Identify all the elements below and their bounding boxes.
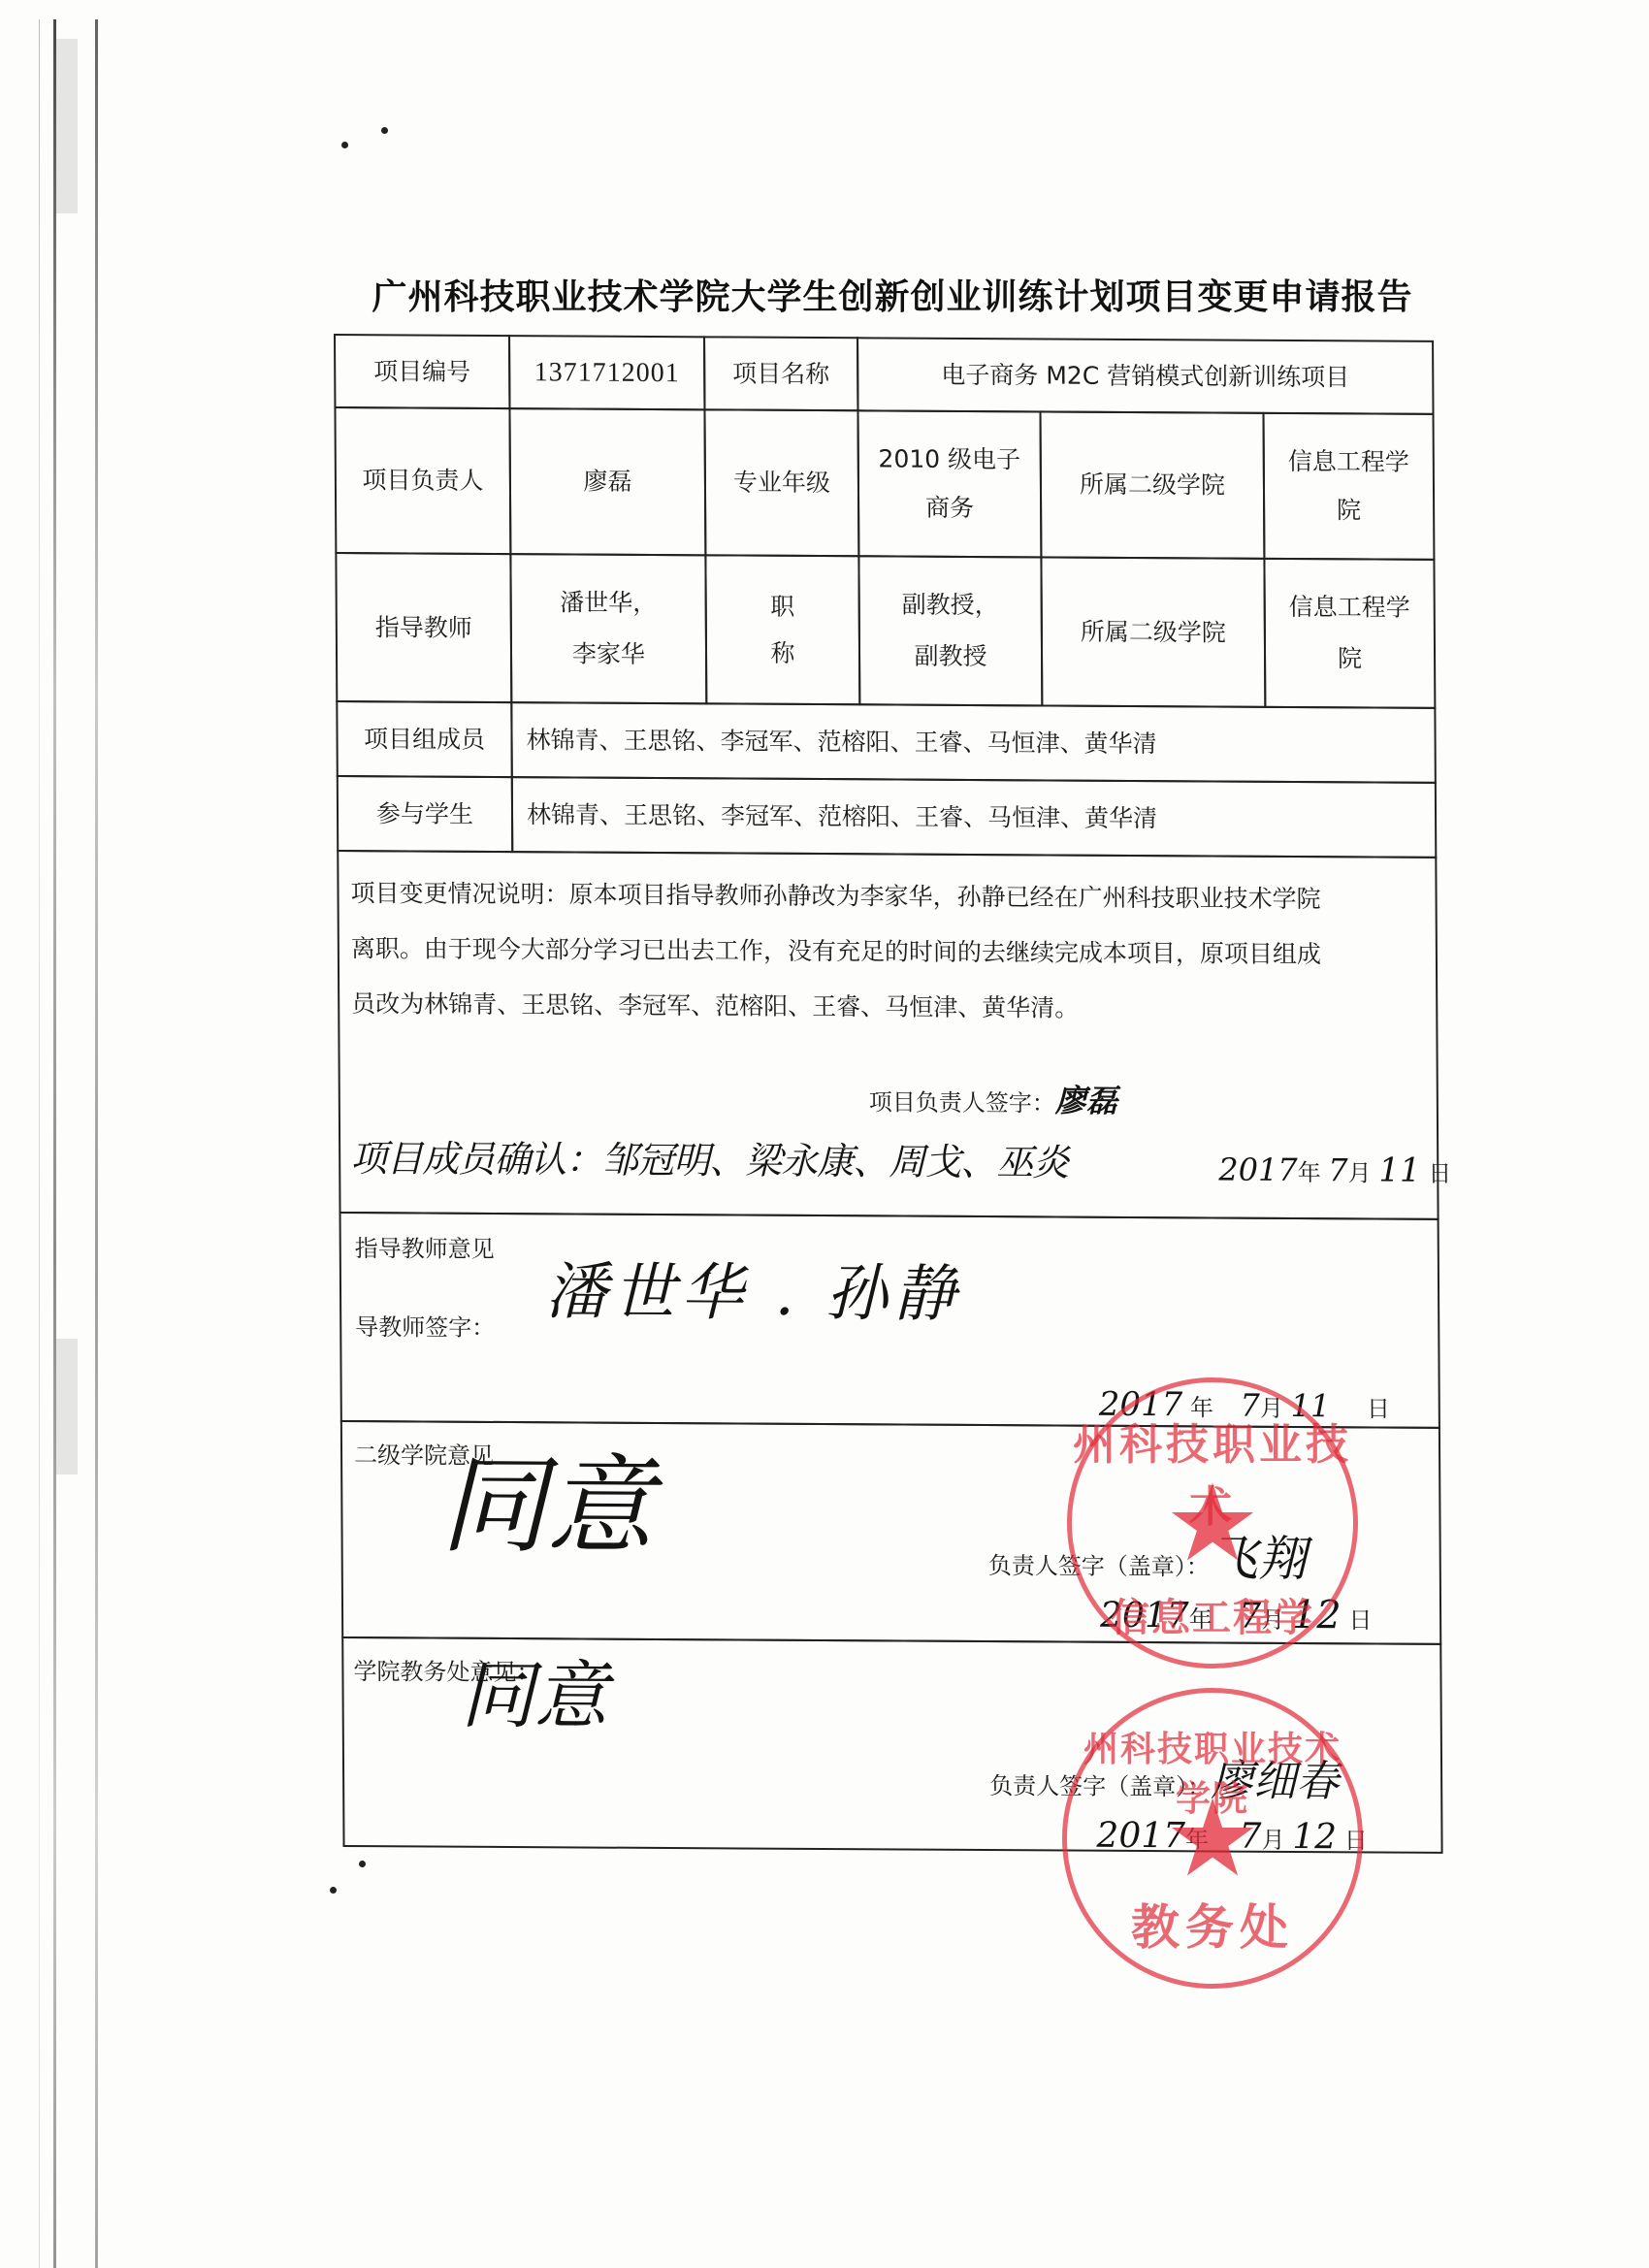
advisor-value-line1: 潘世华， (560, 577, 657, 629)
major-value-line2: 商务 (925, 484, 974, 533)
academic-affairs-signature: 廖细春 (1211, 1756, 1339, 1806)
advisor-value: 潘世华， 李家华 (509, 553, 707, 704)
academic-affairs-sign-label: 负责人签字（盖章）： (989, 1772, 1211, 1800)
scan-artifact-haze (56, 39, 78, 213)
advisor-college-line1: 信息工程学 (1289, 582, 1410, 633)
scan-dot (341, 142, 348, 148)
change-description-line: 员改为林锦青、王思铭、李冠军、范榕阳、王睿、马恒津、黄华清。 (351, 976, 1424, 1038)
advisor-opinion-section: 指导教师意见 导教师签字： 潘世华 . 孙静 2017 年 7月 11 日 (339, 1212, 1440, 1429)
college-value-line2: 院 (1337, 486, 1361, 535)
scan-dot (381, 127, 388, 134)
advisor-value-line2: 李家华 (572, 629, 645, 680)
seal-bottom-text: 教务处 (1067, 1889, 1358, 1959)
document-title: 广州科技职业技术学院大学生创新创业训练计划项目变更申请报告 (349, 270, 1436, 319)
change-date: 2017年 7月 11 日 (1218, 1139, 1451, 1203)
advisor-college-line2: 院 (1338, 633, 1362, 685)
change-description-line: 项目变更情况说明：原本项目指导教师孙静改为李家华，孙静已经在广州科技职业技术学院 (350, 865, 1423, 927)
project-no-label: 项目编号 (334, 334, 510, 409)
leader-sign-label: 项目负责人签字： (869, 1088, 1055, 1117)
leader-signature: 廖磊 (1055, 1082, 1117, 1118)
advisor-sign-label: 导教师签字： (355, 1306, 495, 1350)
advisor-signature: 潘世华 . 孙静 (545, 1234, 962, 1354)
students-label: 参与学生 (337, 775, 513, 853)
major-value: 2010 级电子 商务 (857, 409, 1042, 558)
advisor-college-value: 信息工程学 院 (1263, 558, 1436, 709)
academic-affairs-date: 2017年 7月 12 日 (1096, 1803, 1368, 1871)
scan-artifact-streak (53, 19, 56, 2268)
college-opinion-section: 二级学院意见 同意 负责人签字（盖章）：飞翔 2017年 7月 12 日 (340, 1420, 1441, 1645)
change-request-form: 项目编号 1371712001 项目名称 电子商务 M2C 营销模式创新训练项目… (335, 335, 1442, 1855)
leader-signature-row: 项目负责人签字：廖磊 (869, 1070, 1117, 1130)
advisor-opinion-label: 指导教师意见 (355, 1227, 495, 1272)
college-value-line1: 信息工程学 (1288, 437, 1409, 487)
change-description-line: 离职。由于现今大部分学习已出去工作，没有充足的时间的去继续完成本项目，原项目组成 (351, 921, 1424, 983)
college-sign-label: 负责人签字（盖章）： (988, 1552, 1210, 1580)
academic-affairs-opinion-section: 学院教务处意见： 同意 负责人签字（盖章）：廖细春 2017年 7月 12 日 (341, 1636, 1442, 1854)
project-no-value: 1371712001 (508, 335, 705, 410)
scan-artifact-haze (56, 1339, 78, 1474)
change-description-section: 项目变更情况说明：原本项目指导教师孙静改为李家华，孙静已经在广州科技职业技术学院… (337, 850, 1439, 1220)
leader-label: 项目负责人 (334, 406, 511, 555)
members-value: 林锦青、王思铭、李冠军、范榕阳、王睿、马恒津、黄华清 (510, 701, 1437, 784)
project-name-label: 项目名称 (703, 336, 858, 411)
title-value-line1: 副教授， (902, 580, 999, 632)
title-value-line2: 副教授 (914, 631, 986, 682)
leader-value: 廖磊 (508, 407, 706, 556)
major-value-line1: 2010 级电子 (878, 435, 1020, 484)
members-confirmation-handwritten: 项目成员确认：邹冠明、梁永康、周戈、巫炎 (350, 1123, 1068, 1198)
scan-dot (359, 1861, 366, 1867)
major-label: 专业年级 (703, 408, 859, 557)
scan-artifact-streak (95, 19, 98, 2268)
project-name-value: 电子商务 M2C 营销模式创新训练项目 (857, 337, 1435, 415)
title-value: 副教授， 副教授 (857, 555, 1043, 706)
advisor-label: 指导教师 (335, 552, 512, 703)
college-value: 信息工程学 院 (1263, 412, 1436, 561)
scan-artifact-streak (39, 19, 40, 2268)
college-opinion-handwritten: 同意 (439, 1452, 654, 1560)
students-value: 林锦青、王思铭、李冠军、范榕阳、王睿、马恒津、黄华清 (511, 776, 1438, 859)
advisor-college-label: 所属二级学院 (1040, 556, 1266, 707)
scan-dot (330, 1887, 337, 1894)
college-label: 所属二级学院 (1039, 410, 1265, 559)
academic-affairs-opinion-handwritten: 同意 (460, 1659, 607, 1733)
members-label: 项目组成员 (336, 700, 512, 778)
title-label: 职称 (704, 554, 860, 705)
